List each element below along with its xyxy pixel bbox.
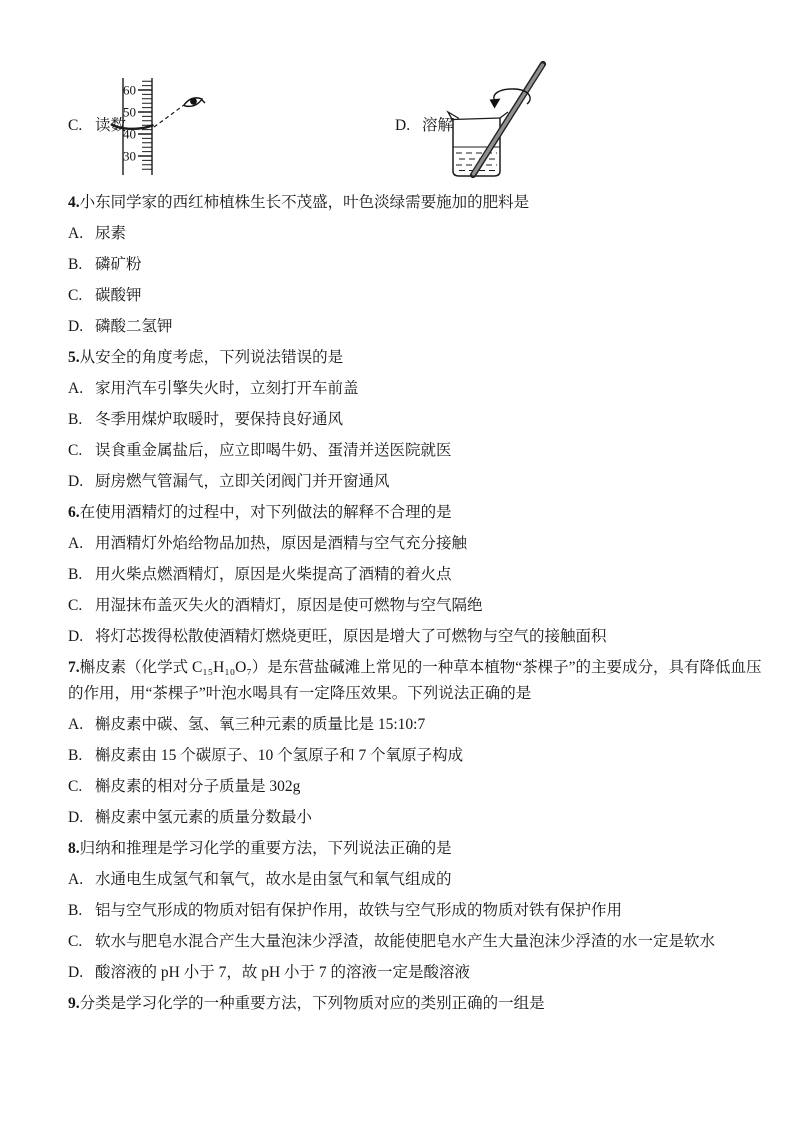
option-text: 尿素 [95, 225, 126, 242]
question-number: 4. [68, 194, 80, 211]
option-letter: A. [68, 531, 95, 557]
cylinder-major-ticks [138, 90, 152, 156]
question-7-option-a: A.槲皮素中碳、氢、氧三种元素的质量比是 15:10:7 [68, 712, 775, 738]
option-letter: B. [68, 743, 95, 769]
option-letter: B. [68, 562, 95, 588]
option-letter: A. [68, 221, 95, 247]
option-letter: D. [68, 469, 95, 495]
question-text: 在使用酒精灯的过程中，对下列做法的解释不合理的是 [80, 504, 452, 521]
question-4-option-b: B.磷矿粉 [68, 252, 775, 278]
option-text: 槲皮素中氢元素的质量分数最小 [95, 809, 312, 826]
option-text: 槲皮素由 15 个碳原子、10 个氢原子和 7 个氧原子构成 [95, 747, 463, 764]
question-5-option-c: C.误食重金属盐后，应立即喝牛奶、蛋清并送医院就医 [68, 438, 775, 464]
option-text: 磷酸二氢钾 [95, 318, 173, 335]
question-8-option-a: A.水通电生成氢气和氧气，故水是由氢气和氧气组成的 [68, 867, 775, 893]
option-text: 冬季用煤炉取暖时，要保持良好通风 [95, 411, 343, 428]
question-7-option-c: C.槲皮素的相对分子质量是 302g [68, 774, 775, 800]
question-text: 分类是学习化学的一种重要方法，下列物质对应的类别正确的一组是 [80, 995, 545, 1012]
question3-figure-row: C.读数 60 50 40 30 [0, 0, 793, 190]
question-8-stem: 8.归纳和推理是学习化学的重要方法，下列说法正确的是 [68, 836, 775, 862]
option-text: 槲皮素的相对分子质量是 302g [95, 778, 300, 795]
option-letter: C. [68, 438, 95, 464]
question-5-option-a: A.家用汽车引擎失火时，立刻打开车前盖 [68, 376, 775, 402]
option-text: 磷矿粉 [95, 256, 142, 273]
questions-block: 4.小东同学家的西红柿植株生长不茂盛，叶色淡绿需要施加的肥料是 A.尿素 B.磷… [0, 190, 793, 1022]
question-8-option-d: D.酸溶液的 pH 小于 7，故 pH 小于 7 的溶液一定是酸溶液 [68, 960, 775, 986]
question-4-option-d: D.磷酸二氢钾 [68, 314, 775, 340]
option-letter: C. [68, 774, 95, 800]
option-text: 将灯芯拨得松散使酒精灯燃烧更旺，原因是增大了可燃物与空气的接触面积 [95, 628, 607, 645]
option-text: 软水与肥皂水混合产生大量泡沫少浮渣，故能使肥皂水产生大量泡沫少浮渣的水一定是软水 [95, 933, 715, 950]
question-text: 从安全的角度考虑，下列说法错误的是 [80, 349, 344, 366]
question-number: 5. [68, 349, 80, 366]
option-text: 碳酸钾 [95, 287, 142, 304]
option-text: 用湿抹布盖灭失火的酒精灯，原因是使可燃物与空气隔绝 [95, 597, 483, 614]
question-6-stem: 6.在使用酒精灯的过程中，对下列做法的解释不合理的是 [68, 500, 775, 526]
option-text: 误食重金属盐后，应立即喝牛奶、蛋清并送医院就医 [95, 442, 452, 459]
question-number: 6. [68, 504, 80, 521]
option-letter: A. [68, 712, 95, 738]
option-text: 酸溶液的 pH 小于 7，故 pH 小于 7 的溶液一定是酸溶液 [95, 964, 470, 981]
question-number: 7. [68, 659, 80, 676]
scale-value-50: 50 [123, 105, 136, 120]
option-letter: D. [68, 314, 95, 340]
question-9-stem: 9.分类是学习化学的一种重要方法，下列物质对应的类别正确的一组是 [68, 991, 775, 1017]
question-6-option-c: C.用湿抹布盖灭失火的酒精灯，原因是使可燃物与空气隔绝 [68, 593, 775, 619]
option-text: 厨房燃气管漏气，立即关闭阀门并开窗通风 [95, 473, 390, 490]
option-letter: B. [68, 407, 95, 433]
question-number: 9. [68, 995, 80, 1012]
option-letter: B. [68, 252, 95, 278]
option-text: 用火柴点燃酒精灯，原因是火柴提高了酒精的着火点 [95, 566, 452, 583]
question-8-option-c: C.软水与肥皂水混合产生大量泡沫少浮渣，故能使肥皂水产生大量泡沫少浮渣的水一定是… [68, 929, 775, 955]
option-letter: B. [68, 898, 95, 924]
option-letter: D. [68, 624, 95, 650]
question-text: 槲皮素（化学式 C₁₅H₁₀O₇）是东营盐碱滩上常见的一种草本植物“茶棵子”的主… [68, 659, 762, 702]
question-4-option-c: C.碳酸钾 [68, 283, 775, 309]
option-letter: D. [68, 805, 95, 831]
question-4-stem: 4.小东同学家的西红柿植株生长不茂盛，叶色淡绿需要施加的肥料是 [68, 190, 775, 216]
option-letter: D. [395, 117, 422, 135]
beaker-dissolving-figure [435, 58, 560, 186]
question-6-option-b: B.用火柴点燃酒精灯，原因是火柴提高了酒精的着火点 [68, 562, 775, 588]
beaker-rim [453, 118, 500, 120]
option-letter: D. [68, 960, 95, 986]
question-7-option-b: B.槲皮素由 15 个碳原子、10 个氢原子和 7 个氧原子构成 [68, 743, 775, 769]
option-text: 槲皮素中碳、氢、氧三种元素的质量比是 15:10:7 [95, 716, 425, 733]
option-letter: C. [68, 929, 95, 955]
option-text: 铝与空气形成的物质对铝有保护作用，故铁与空气形成的物质对铁有保护作用 [95, 902, 622, 919]
option-letter: C. [68, 283, 95, 309]
option-letter: A. [68, 376, 95, 402]
question-6-option-a: A.用酒精灯外焰给物品加热，原因是酒精与空气充分接触 [68, 531, 775, 557]
question-5-option-b: B.冬季用煤炉取暖时，要保持良好通风 [68, 407, 775, 433]
question-7-option-d: D.槲皮素中氢元素的质量分数最小 [68, 805, 775, 831]
option-text: 用酒精灯外焰给物品加热，原因是酒精与空气充分接触 [95, 535, 467, 552]
eye-icon [184, 98, 205, 107]
option-text: 家用汽车引擎失火时，立刻打开车前盖 [95, 380, 359, 397]
scale-value-30: 30 [123, 149, 136, 164]
scale-value-60: 60 [123, 83, 136, 98]
graduated-cylinder-figure: 60 50 40 30 [105, 75, 215, 181]
question-text: 归纳和推理是学习化学的重要方法，下列说法正确的是 [80, 840, 452, 857]
sight-line [154, 105, 184, 127]
question-8-option-b: B.铝与空气形成的物质对铝有保护作用，故铁与空气形成的物质对铁有保护作用 [68, 898, 775, 924]
option-text: 水通电生成氢气和氧气，故水是由氢气和氧气组成的 [95, 871, 452, 888]
question-number: 8. [68, 840, 80, 857]
question-6-option-d: D.将灯芯拨得松散使酒精灯燃烧更旺，原因是增大了可燃物与空气的接触面积 [68, 624, 775, 650]
question-5-option-d: D.厨房燃气管漏气，立即关闭阀门并开窗通风 [68, 469, 775, 495]
option-letter: C. [68, 117, 95, 135]
question-4-option-a: A.尿素 [68, 221, 775, 247]
stirring-rod [473, 64, 543, 175]
question-5-stem: 5.从安全的角度考虑，下列说法错误的是 [68, 345, 775, 371]
option-letter: A. [68, 867, 95, 893]
question-text: 小东同学家的西红柿植株生长不茂盛，叶色淡绿需要施加的肥料是 [80, 194, 530, 211]
option-letter: C. [68, 593, 95, 619]
exam-document-page: C.读数 60 50 40 30 [0, 0, 793, 1122]
question-7-stem: 7.槲皮素（化学式 C₁₅H₁₀O₇）是东营盐碱滩上常见的一种草本植物“茶棵子”… [68, 655, 775, 707]
